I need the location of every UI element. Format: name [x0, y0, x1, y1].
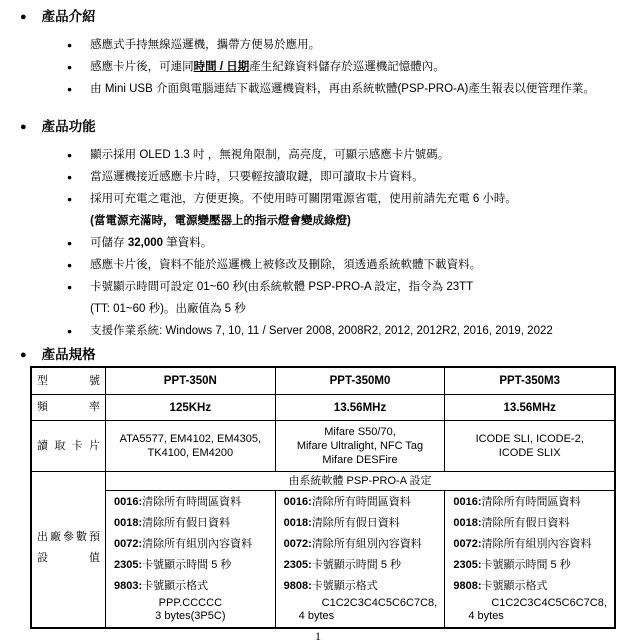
- format-bytes: 4 bytes: [276, 610, 445, 623]
- list-item: ● 卡號顯示時間可設定 01~60 秒(由系統軟體 PSP-PRO-A 設定，指…: [10, 276, 626, 320]
- param-code: 0016:: [284, 496, 312, 508]
- factory-item: 2305:卡號顯示時間 5 秒: [106, 555, 275, 576]
- list-item: ● 採用可充電之電池，方便更換。不使用時可關閉電源省電，使用前請先充電 6 小時…: [10, 188, 626, 232]
- format-value: C1C2C3C4C5C6C7C8,: [445, 597, 614, 610]
- list-item-text: 卡號顯示時間可設定 01~60 秒(由系統軟體 PSP-PRO-A 設定，指令為…: [90, 276, 626, 320]
- param-code: 0072:: [453, 538, 481, 550]
- list-item: ● 顯示採用 OLED 1.3 吋 ，無視角限制，高亮度，可顯示感應卡片號碼。: [10, 144, 626, 166]
- row-header-frequency: 頻率: [32, 395, 106, 420]
- model-cell: PPT-350N: [106, 368, 276, 394]
- format-value: PPP.CCCCC: [106, 597, 275, 610]
- page-number: 1: [10, 630, 626, 640]
- list-item: ● 感應式手持無線巡邏機，攜帶方便易於應用。: [10, 34, 626, 56]
- factory-item: 0016:清除所有時間區資料: [445, 492, 614, 513]
- section-specs-heading: ● 產品規格: [10, 344, 626, 366]
- frequency-cell: 13.56MHz: [276, 395, 446, 420]
- format-bytes: 4 bytes: [445, 610, 614, 623]
- factory-col-1: 0016:清除所有時間區資料 0018:清除所有假日資料 0072:清除所有組別…: [106, 491, 276, 627]
- param-code: 9808:: [284, 580, 312, 592]
- factory-columns: 0016:清除所有時間區資料 0018:清除所有假日資料 0072:清除所有組別…: [106, 491, 614, 627]
- param-text: 清除所有組別內容資料: [481, 538, 591, 550]
- cards-cell: ATA5577, EM4102, EM4305, TK4100, EM4200: [106, 421, 276, 471]
- text-segment: 可儲存: [90, 237, 128, 249]
- bullet-icon: ●: [67, 188, 72, 210]
- model-cell: PPT-350M3: [445, 368, 614, 394]
- table-row-frequency: 頻率 125KHz 13.56MHz 13.56MHz: [32, 395, 614, 421]
- param-text: 清除所有假日資料: [312, 517, 400, 529]
- param-code: 0018:: [114, 517, 142, 529]
- list-item-text: 感應卡片後，資料不能於巡邏機上被修改及刪除，須透過系統軟體下載資料。: [90, 254, 626, 276]
- section-title-intro: 產品介紹: [42, 6, 96, 28]
- section-title-specs: 產品規格: [42, 344, 96, 366]
- format-bytes: 3 bytes(3P5C): [106, 610, 275, 623]
- list-item-text: 顯示採用 OLED 1.3 吋 ，無視角限制，高亮度，可顯示感應卡片號碼。: [90, 144, 626, 166]
- factory-item: 0072:清除所有組別內容資料: [106, 534, 275, 555]
- cards-cell: Mifare S50/70, Mifare Ultralight, NFC Ta…: [276, 421, 446, 471]
- factory-item: 0018:清除所有假日資料: [445, 513, 614, 534]
- table-row-factory-defaults: 出廠參數預設值 由系統軟體 PSP-PRO-A 設定 0016:清除所有時間區資…: [32, 472, 614, 627]
- row-header-model: 型號: [32, 368, 106, 394]
- factory-item: 0016:清除所有時間區資料: [106, 492, 275, 513]
- table-row-cards: 讀取卡片 ATA5577, EM4102, EM4305, TK4100, EM…: [32, 421, 614, 472]
- frequency-cell: 125KHz: [106, 395, 276, 420]
- factory-item: 2305:卡號顯示時間 5 秒: [445, 555, 614, 576]
- section-title-features: 產品功能: [42, 116, 96, 138]
- factory-col-2: 0016:清除所有時間區資料 0018:清除所有假日資料 0072:清除所有組別…: [276, 491, 446, 627]
- bullet-icon: ●: [67, 56, 72, 78]
- list-item-text: 感應式手持無線巡邏機，攜帶方便易於應用。: [90, 34, 626, 56]
- bullet-icon: ●: [67, 232, 72, 254]
- param-text: 清除所有時間區資料: [142, 496, 241, 508]
- param-text: 卡號顯示格式: [312, 580, 378, 592]
- text-segment-bold: 32,000: [128, 237, 163, 249]
- param-code: 0018:: [284, 517, 312, 529]
- param-code: 2305:: [114, 559, 142, 571]
- param-code: 9803:: [114, 580, 142, 592]
- param-code: 9808:: [453, 580, 481, 592]
- param-code: 0072:: [284, 538, 312, 550]
- bullet-icon: ●: [67, 34, 72, 56]
- param-code: 0016:: [114, 496, 142, 508]
- bullet-icon: ●: [67, 254, 72, 276]
- table-row-model: 型號 PPT-350N PPT-350M0 PPT-350M3: [32, 368, 614, 395]
- text-segment-bold-underline: 時間 / 日期: [194, 61, 250, 73]
- param-text: 卡號顯示時間 5 秒: [481, 559, 570, 571]
- row-header-factory: 出廠參數預設值: [32, 472, 106, 627]
- factory-item: 9808:卡號顯示格式: [445, 576, 614, 597]
- factory-item: 9803:卡號顯示格式: [106, 576, 275, 597]
- bullet-icon: ●: [67, 144, 72, 166]
- section-intro-heading: ● 產品介紹: [10, 6, 626, 28]
- param-text: 清除所有假日資料: [481, 517, 569, 529]
- list-item: ● 感應卡片後，資料不能於巡邏機上被修改及刪除，須透過系統軟體下載資料。: [10, 254, 626, 276]
- param-code: 0018:: [453, 517, 481, 529]
- model-cell: PPT-350M0: [276, 368, 446, 394]
- list-item: ● 由 Mini USB 介面與電腦連結下載巡邏機資料，再由系統軟體(PSP-P…: [10, 78, 626, 100]
- list-item-text: 支援作業系統: Windows 7, 10, 11 / Server 2008,…: [90, 320, 626, 342]
- text-segment: 筆資料。: [163, 237, 212, 249]
- param-code: 0016:: [453, 496, 481, 508]
- text-segment: 感應卡片後，可連同: [90, 61, 194, 73]
- factory-item: 0018:清除所有假日資料: [106, 513, 275, 534]
- factory-subheader: 由系統軟體 PSP-PRO-A 設定: [106, 472, 614, 491]
- factory-col-3: 0016:清除所有時間區資料 0018:清除所有假日資料 0072:清除所有組別…: [445, 491, 614, 627]
- bullet-icon: ●: [67, 78, 72, 100]
- param-text: 卡號顯示時間 5 秒: [142, 559, 231, 571]
- param-code: 2305:: [284, 559, 312, 571]
- param-code: 2305:: [453, 559, 481, 571]
- text-segment: 採用可充電之電池，方便更換。不使用時可關閉電源省電，使用前請先充電 6 小時。: [90, 188, 626, 210]
- list-item: ● 感應卡片後，可連同時間 / 日期產生紀錄資料儲存於巡邏機記憶體內。: [10, 56, 626, 78]
- document-page: ● 產品介紹 ● 感應式手持無線巡邏機，攜帶方便易於應用。 ● 感應卡片後，可連…: [0, 0, 640, 640]
- list-item: ● 當巡邏機接近感應卡片時，只要輕按讀取鍵，即可讀取卡片資料。: [10, 166, 626, 188]
- param-text: 清除所有時間區資料: [312, 496, 411, 508]
- param-code: 0072:: [114, 538, 142, 550]
- list-item-text: 當巡邏機接近感應卡片時，只要輕按讀取鍵，即可讀取卡片資料。: [90, 166, 626, 188]
- cards-cell: ICODE SLI, ICODE-2, ICODE SLIX: [445, 421, 614, 471]
- bullet-icon: ●: [20, 344, 27, 366]
- param-text: 清除所有組別內容資料: [312, 538, 422, 550]
- param-text: 清除所有時間區資料: [481, 496, 580, 508]
- bullet-icon: ●: [67, 320, 72, 342]
- list-item-text: 可儲存 32,000 筆資料。: [90, 232, 626, 254]
- text-segment-bold: (當電源充滿時，電源變壓器上的指示燈會變成綠燈): [90, 210, 626, 232]
- list-item: ● 支援作業系統: Windows 7, 10, 11 / Server 200…: [10, 320, 626, 342]
- factory-item: 9808:卡號顯示格式: [276, 576, 445, 597]
- factory-content: 由系統軟體 PSP-PRO-A 設定 0016:清除所有時間區資料 0018:清…: [106, 472, 614, 627]
- list-item-text: 感應卡片後，可連同時間 / 日期產生紀錄資料儲存於巡邏機記憶體內。: [90, 56, 626, 78]
- param-text: 卡號顯示格式: [142, 580, 208, 592]
- param-text: 卡號顯示時間 5 秒: [312, 559, 401, 571]
- factory-item: 0072:清除所有組別內容資料: [445, 534, 614, 555]
- factory-item: 0016:清除所有時間區資料: [276, 492, 445, 513]
- text-segment: 產生紀錄資料儲存於巡邏機記憶體內。: [249, 61, 445, 73]
- param-text: 清除所有組別內容資料: [142, 538, 252, 550]
- factory-item: 0072:清除所有組別內容資料: [276, 534, 445, 555]
- section-features-heading: ● 產品功能: [10, 116, 626, 138]
- list-item: ● 可儲存 32,000 筆資料。: [10, 232, 626, 254]
- param-text: 清除所有假日資料: [142, 517, 230, 529]
- bullet-icon: ●: [67, 276, 72, 298]
- list-item-text: 採用可充電之電池，方便更換。不使用時可關閉電源省電，使用前請先充電 6 小時。 …: [90, 188, 626, 232]
- factory-item: 0018:清除所有假日資料: [276, 513, 445, 534]
- list-item-text: 由 Mini USB 介面與電腦連結下載巡邏機資料，再由系統軟體(PSP-PRO…: [90, 78, 626, 100]
- row-header-cards: 讀取卡片: [32, 421, 106, 471]
- param-text: 卡號顯示格式: [481, 580, 547, 592]
- bullet-icon: ●: [20, 6, 27, 28]
- spec-table: 型號 PPT-350N PPT-350M0 PPT-350M3 頻率 125KH…: [30, 366, 616, 629]
- factory-item: 2305:卡號顯示時間 5 秒: [276, 555, 445, 576]
- frequency-cell: 13.56MHz: [445, 395, 614, 420]
- bullet-icon: ●: [20, 116, 27, 138]
- bullet-icon: ●: [67, 166, 72, 188]
- format-value: C1C2C3C4C5C6C7C8,: [276, 597, 445, 610]
